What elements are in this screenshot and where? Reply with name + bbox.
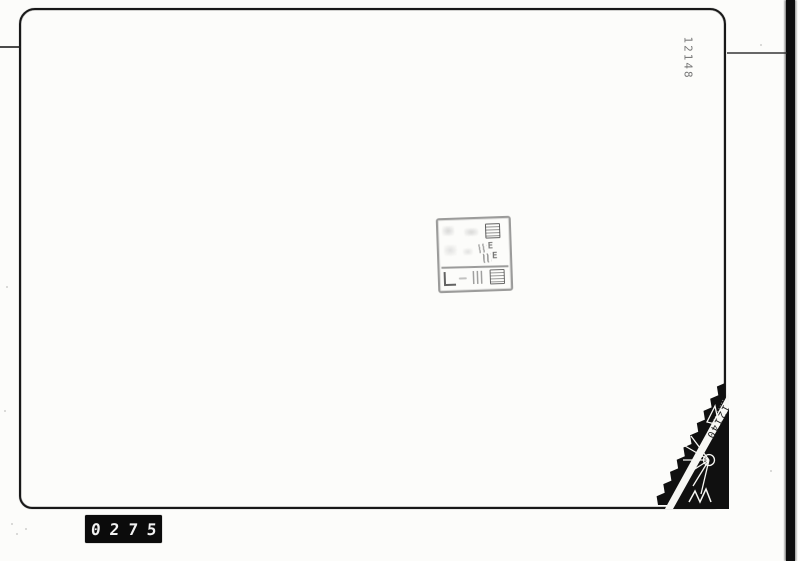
seal-mark: [442, 226, 454, 236]
paper-speck: [11, 523, 13, 525]
scanned-page: 12148 EE 12140 0275: [0, 0, 800, 561]
seal-mark: [490, 269, 506, 285]
seal-mark: [483, 253, 492, 263]
seal-mark: [473, 271, 484, 284]
seal-mark: [464, 228, 478, 236]
top-right-catalog-number: 12148: [682, 37, 695, 81]
library-seal-stamp: EE: [436, 216, 514, 294]
left-registration-tick: [0, 46, 21, 48]
seal-divider-line: [441, 265, 508, 268]
right-margin-rule: [727, 52, 787, 54]
paper-speck: [6, 286, 8, 288]
paper-speck: [770, 470, 772, 472]
counter-digits: 0275: [81, 520, 166, 539]
seal-mark: [459, 277, 467, 279]
paper-speck: [16, 533, 18, 535]
counter-label: 0275: [85, 515, 162, 543]
paper-speck: [760, 44, 762, 46]
seal-mark: E: [488, 242, 494, 251]
seal-mark: [444, 245, 457, 256]
card-outline: [19, 8, 726, 509]
seal-mark: [485, 223, 501, 239]
seal-mark: E: [492, 252, 498, 261]
corner-triangle-stamp: 12140: [645, 378, 729, 509]
seal-mark: [478, 243, 487, 253]
paper-speck: [25, 528, 27, 530]
scanner-edge-band: [786, 0, 795, 561]
seal-mark: [444, 272, 456, 286]
paper-speck: [4, 410, 6, 412]
seal-mark: [463, 248, 473, 255]
